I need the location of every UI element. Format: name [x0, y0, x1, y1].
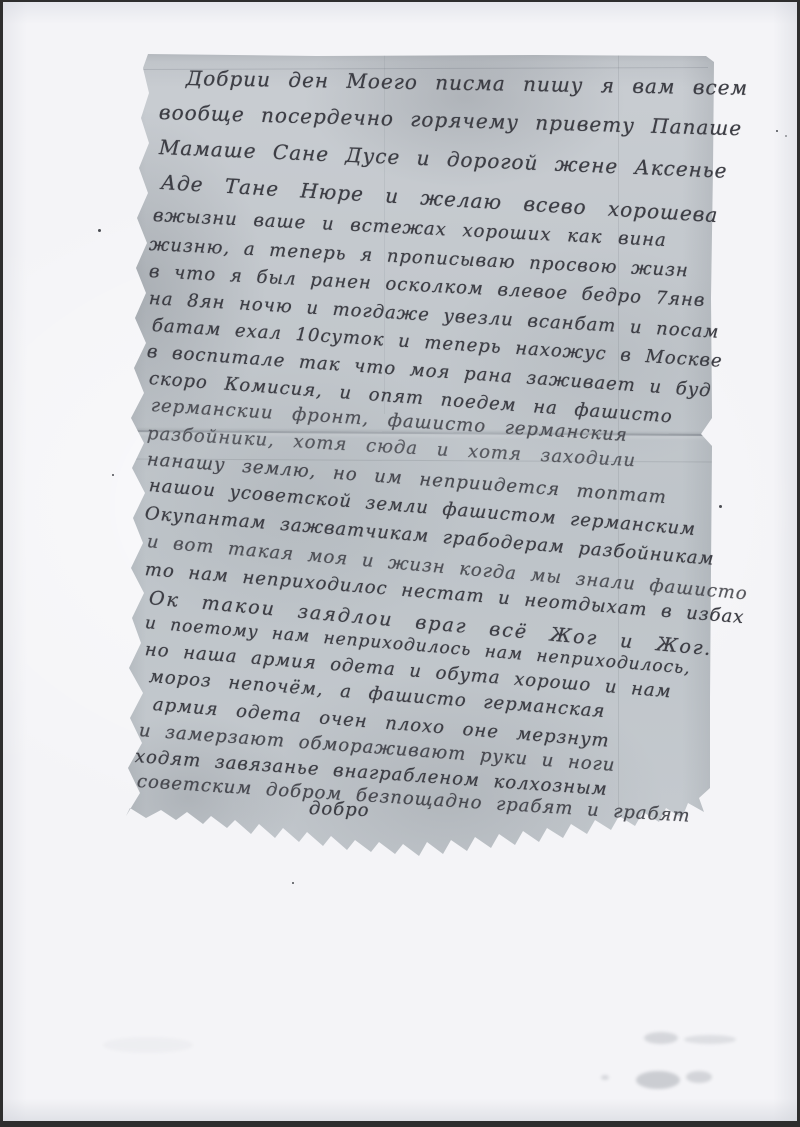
scan-speck — [719, 505, 722, 508]
scan-speck — [776, 130, 778, 132]
scan-speck — [292, 882, 294, 884]
fold-crease-vertical — [618, 48, 619, 862]
scan-smudge — [103, 1037, 193, 1053]
scan-speck — [785, 135, 787, 137]
letter-paper — [116, 48, 718, 862]
scan-smudge — [684, 1035, 736, 1044]
fold-crease-middle — [116, 430, 718, 436]
scan-smudge — [636, 1071, 680, 1089]
fold-crease-top — [136, 67, 708, 70]
scan-smudge — [601, 1075, 609, 1080]
scan-speck — [112, 474, 114, 476]
fold-crease-vertical-2 — [384, 48, 385, 414]
scan-smudge — [644, 1032, 678, 1044]
scan-speck — [98, 229, 101, 232]
scan-page: Добрии ден Моего писма пишу я вам всемво… — [3, 2, 797, 1121]
fold-crease-middle-2 — [116, 458, 718, 462]
scan-smudge — [686, 1071, 712, 1083]
